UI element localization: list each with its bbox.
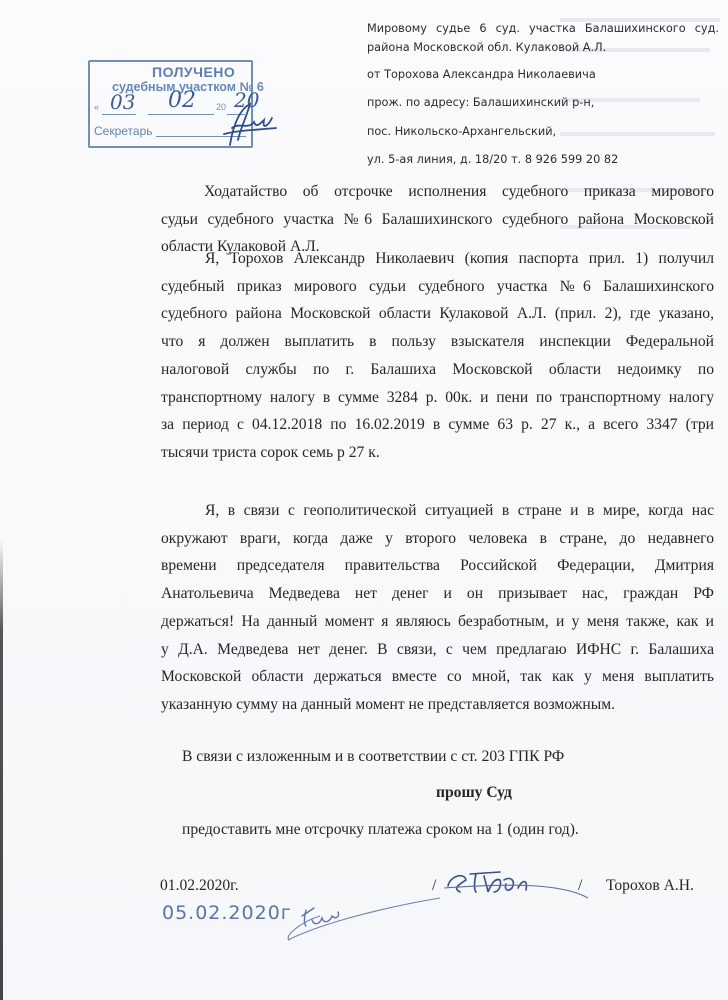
paragraph-line: у Д.А. Медведева нет денег. В связи, с ч… bbox=[161, 636, 714, 664]
legal-basis: В связи с изложенным и в соответствии с … bbox=[182, 748, 564, 766]
page-edge-shadow bbox=[0, 540, 3, 1000]
stamp-title: ПОЛУЧЕНО bbox=[152, 64, 235, 80]
secretary-signature-icon bbox=[220, 100, 280, 150]
paragraph-line: держаться! На данный момент я являюсь бе… bbox=[161, 608, 714, 636]
paragraph-line: Я, в связи с геополитической ситуацией в… bbox=[161, 497, 714, 525]
paragraph-line: Анатольевича Медведева нет денег и он пр… bbox=[161, 580, 714, 608]
paragraph-line: за период с 04.12.2018 по 16.02.2019 в с… bbox=[161, 411, 714, 439]
paragraph-line: времени председателя правительства Росси… bbox=[161, 552, 714, 580]
sender-address-3: ул. 5-ая линия, д. 18/20 т. 8 926 599 20… bbox=[367, 153, 618, 166]
sender-name: от Торохова Александра Николаевича bbox=[367, 68, 596, 81]
stamp-month-line bbox=[148, 114, 214, 115]
paragraph-line: судебный приказ мирового судьи судебного… bbox=[161, 273, 714, 301]
paragraph-line: что я должен выплатить в пользу взыскате… bbox=[161, 328, 714, 356]
signer-name: Торохов А.Н. bbox=[606, 877, 694, 895]
paragraph-justification: Я, в связи с геополитической ситуацией в… bbox=[161, 497, 714, 719]
title-line-2: судьи судебного участка №6 Балашихинског… bbox=[161, 206, 714, 234]
request-heading: прошу Суд bbox=[436, 784, 512, 802]
paragraph-line: Я, Торохов Александр Николаевич (копия п… bbox=[161, 245, 714, 273]
stamp-secretary-label: Секретарь bbox=[94, 124, 153, 138]
addressee-line-2: района Московской обл. Кулаковой А.Л. bbox=[367, 41, 606, 54]
title-line-1: Ходатайство об отсрочке исполнения судеб… bbox=[161, 178, 714, 206]
sender-address-1: прож. по адресу: Балашихинский р-н, bbox=[367, 96, 594, 109]
paragraph-line: тысячи триста сорок семь р 27 к. bbox=[161, 439, 714, 467]
paragraph-line: налоговой службы по г. Балашиха Московск… bbox=[161, 356, 714, 384]
paragraph-line: транспортному налогу в сумме 3284 р. 00к… bbox=[161, 384, 714, 412]
stamp-handwritten-day: 03 bbox=[110, 90, 135, 114]
receiver-signature-icon bbox=[280, 880, 450, 950]
paragraph-line: судебного района Московской области Кула… bbox=[161, 300, 714, 328]
paragraph-line: указанную сумму на данный момент не пред… bbox=[161, 691, 714, 719]
paragraph-debt-details: Я, Торохов Александр Николаевич (копия п… bbox=[161, 245, 714, 467]
scanned-document-page: Мировому судье 6 суд. участка Балашихинс… bbox=[0, 0, 728, 1000]
addressee-line-1: Мировому судье 6 суд. участка Балашихинс… bbox=[367, 22, 719, 35]
paragraph-line: Московской области держаться вместе со м… bbox=[161, 663, 714, 691]
sender-address-2: пос. Никольско-Архангельский, bbox=[367, 125, 556, 138]
stamp-handwritten-month: 02 bbox=[168, 88, 196, 113]
signature-date: 01.02.2020г. bbox=[160, 877, 239, 895]
request-text: предоставить мне отсрочку платежа сроком… bbox=[182, 821, 579, 839]
handwritten-received-date: 05.02.2020г bbox=[162, 902, 292, 924]
bleed-through-text bbox=[560, 132, 715, 136]
stamp-day-line bbox=[102, 114, 136, 115]
paragraph-line: окружают враги, когда даже у второго чел… bbox=[161, 525, 714, 553]
applicant-signature-icon bbox=[440, 862, 590, 902]
stamp-date-quote: « bbox=[94, 102, 99, 112]
